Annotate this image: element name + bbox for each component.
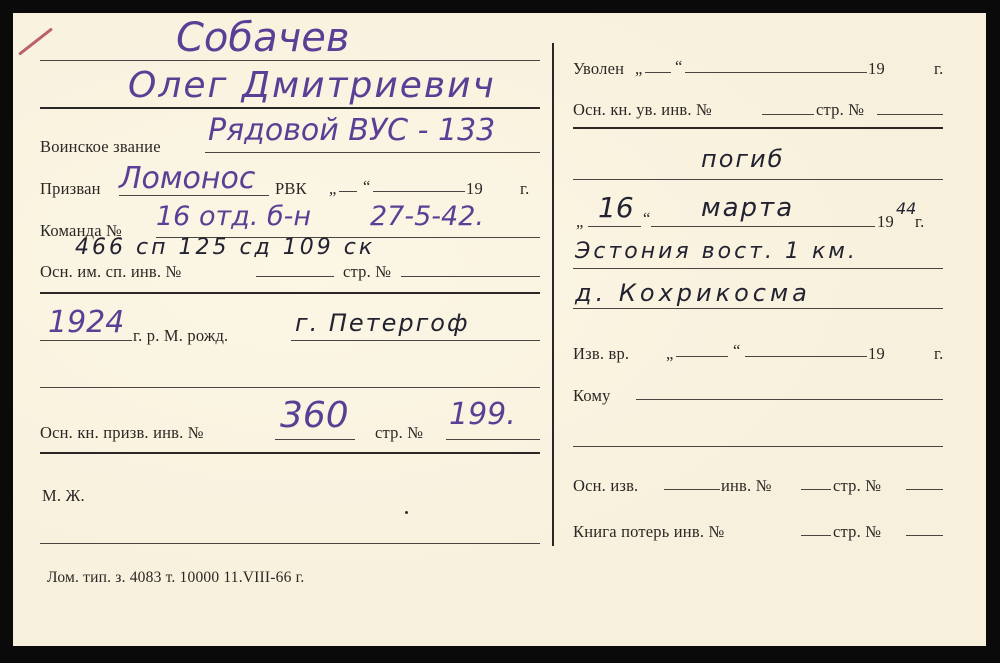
- death-day: 16: [598, 191, 634, 224]
- fate-line: [573, 179, 943, 180]
- footer-imprint: Лом. тип. з. 4083 т. 10000 11.VIII-66 г.: [47, 569, 304, 587]
- draft-book-inv: 360: [280, 395, 349, 436]
- death-day-line: [588, 226, 641, 227]
- drafted-date-close: “: [363, 177, 371, 197]
- team-date: 27-5-42.: [370, 201, 484, 232]
- drafted-year-suffix: г.: [520, 179, 529, 199]
- section-divider-1: [40, 292, 540, 294]
- base-list-inv-line: [256, 276, 334, 277]
- notice-label: Изв. вр.: [573, 344, 629, 364]
- right-section-divider: [573, 127, 943, 129]
- name-line: [40, 107, 540, 109]
- discharged-close: “: [675, 57, 683, 77]
- birth-label: г. р. М. рожд.: [133, 326, 228, 346]
- death-month-line: [651, 226, 875, 227]
- place-line-2: [573, 308, 943, 309]
- drafted-value: Ломонос: [119, 161, 255, 196]
- rank-line: [205, 152, 540, 153]
- discharged-label: Уволен: [573, 59, 624, 79]
- place-line-1: [573, 268, 943, 269]
- notice-year-suffix: г.: [934, 344, 943, 364]
- drafted-year: 19: [466, 179, 483, 199]
- rank-label: Воинское звание: [40, 137, 161, 157]
- discharged-open: „: [635, 59, 643, 79]
- surname-line: [40, 60, 540, 61]
- draft-book-page: 199.: [449, 397, 516, 432]
- notice-day-line: [676, 356, 728, 357]
- loss-book-inv-line: [801, 535, 831, 536]
- death-place-line2: д. Кохрикосма: [575, 279, 811, 307]
- drafted-date-open: „: [329, 179, 337, 199]
- notice-month-line: [745, 356, 867, 357]
- death-year-prefix: 19: [877, 212, 894, 232]
- draft-book-label: Осн. кн. призв. инв. №: [40, 423, 204, 443]
- notice-year: 19: [868, 344, 885, 364]
- death-place-line1: Эстония вост. 1 км.: [575, 239, 858, 264]
- column-divider: [552, 43, 554, 546]
- discharged-year-suffix: г.: [934, 59, 943, 79]
- base-list-label: Осн. им. сп. инв. №: [40, 262, 182, 282]
- discharged-day-line: [645, 72, 671, 73]
- notice-close: “: [733, 341, 741, 361]
- family-label: М. Ж.: [42, 486, 85, 506]
- name-patronymic-handwritten: Олег Дмитриевич: [128, 65, 496, 106]
- ink-speck: [405, 511, 408, 514]
- drafted-label: Призван: [40, 179, 101, 199]
- notice-open: „: [666, 344, 674, 364]
- death-date-close: “: [643, 209, 651, 229]
- death-date-open: „: [576, 212, 584, 232]
- notice-page-label: стр. №: [833, 476, 881, 496]
- bottom-line: [40, 543, 540, 544]
- death-month: марта: [701, 193, 794, 223]
- drafted-month-line: [373, 191, 465, 192]
- section-divider-2: [40, 452, 540, 454]
- base-list-page-line: [401, 276, 540, 277]
- discharge-book-page-label: стр. №: [816, 100, 864, 120]
- notice-inv-line: [801, 489, 831, 490]
- base-list-page-label: стр. №: [343, 262, 391, 282]
- draft-book-page-line: [446, 439, 540, 440]
- notice-base-line: [664, 489, 720, 490]
- registration-card: Собачев Олег Дмитриевич Воинское звание …: [13, 13, 986, 646]
- surname-handwritten: Собачев: [176, 15, 349, 61]
- notice-base-label: Осн. изв.: [573, 476, 638, 496]
- discharge-book-label: Осн. кн. ув. инв. №: [573, 100, 712, 120]
- unit-line-handwritten: 466 сп 125 сд 109 ск: [75, 235, 375, 260]
- draft-book-page-label: стр. №: [375, 423, 423, 443]
- to-whom-line-2: [573, 446, 943, 447]
- discharged-year: 19: [868, 59, 885, 79]
- fate-handwritten: погиб: [701, 145, 784, 173]
- loss-book-label: Книга потерь инв. №: [573, 522, 724, 542]
- blank-line: [40, 387, 540, 388]
- to-whom-line: [636, 399, 943, 400]
- team-value: 16 отд. б-н: [156, 201, 311, 232]
- notice-inv-label: инв. №: [721, 476, 772, 496]
- drafted-rvk: РВК: [275, 179, 307, 199]
- red-pencil-mark: [18, 27, 53, 55]
- notice-page-line: [906, 489, 943, 490]
- loss-book-page-line: [906, 535, 943, 536]
- birth-year-line: [40, 340, 132, 341]
- drafted-line: [119, 195, 269, 196]
- discharged-month-line: [685, 72, 867, 73]
- to-whom-label: Кому: [573, 386, 611, 406]
- death-year-handwritten: 44: [896, 199, 916, 218]
- rank-value: Рядовой ВУС - 133: [208, 113, 495, 148]
- discharge-book-page-line: [877, 114, 943, 115]
- loss-book-page-label: стр. №: [833, 522, 881, 542]
- drafted-day-line: [339, 191, 357, 192]
- draft-book-inv-line: [275, 439, 355, 440]
- birth-place: г. Петергоф: [295, 309, 469, 337]
- birth-place-line: [291, 340, 540, 341]
- birth-year: 1924: [48, 305, 124, 340]
- death-year-suffix: г.: [915, 212, 924, 232]
- discharge-book-inv-line: [762, 114, 814, 115]
